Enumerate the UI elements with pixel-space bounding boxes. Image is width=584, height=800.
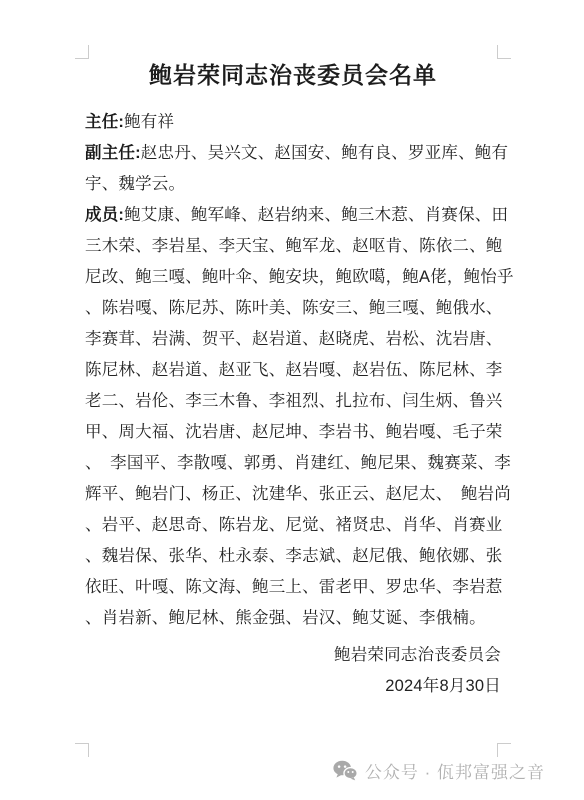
document-content: 鲍岩荣同志治丧委员会名单 主任:鲍有祥 副主任:赵忠丹、吴兴文、赵国安、鲍有良、…	[85, 60, 501, 702]
director-value: 鲍有祥	[124, 113, 174, 131]
deputy-line: 宇、魏学云。	[85, 169, 501, 200]
member-line: 、岩平、赵思奇、陈岩龙、尼觉、褚贤忠、肖华、肖赛业	[85, 510, 501, 541]
signature-committee: 鲍岩荣同志治丧委员会	[85, 640, 501, 671]
member-line: 陈尼林、赵岩道、赵亚飞、赵岩嘎、赵岩伍、陈尼林、李	[85, 355, 501, 386]
member-line: 、魏岩保、张华、杜永泰、李志斌、赵尼俄、鲍依娜、张	[85, 541, 501, 572]
member-line: 、 李国平、李散嘎、郭勇、肖建红、鲍尼果、魏赛菜、李	[85, 448, 501, 479]
crop-mark-top-right	[497, 45, 511, 59]
member-line: 、陈岩嘎、陈尼苏、陈叶美、陈安三、鲍三嘎、鲍俄水、	[85, 293, 501, 324]
member-line: 辉平、鲍岩门、杨正、沈建华、张正云、赵尼太、 鲍岩尚	[85, 479, 501, 510]
member-line: 甲、周大福、沈岩唐、赵尼坤、李岩书、鲍岩嘎、毛子荣	[85, 417, 501, 448]
member-line: 成员:鲍艾康、鲍军峰、赵岩纳来、鲍三木惹、肖赛保、田	[85, 200, 501, 231]
member-line: 三木荣、李岩星、李天宝、鲍军龙、赵呕肯、陈依二、鲍	[85, 231, 501, 262]
crop-mark-top-left	[75, 45, 89, 59]
member-line: 依旺、叶嘎、陈文海、鲍三上、雷老甲、罗忠华、李岩惹	[85, 572, 501, 603]
director-line: 主任:鲍有祥	[85, 107, 501, 138]
deputy-paragraph: 副主任:赵忠丹、吴兴文、赵国安、鲍有良、罗亚库、鲍有 宇、魏学云。	[85, 138, 501, 200]
member-line: 老二、岩伦、李三木鲁、李祖烈、扎拉布、闫生炳、鲁兴	[85, 386, 501, 417]
deputy-line: 副主任:赵忠丹、吴兴文、赵国安、鲍有良、罗亚库、鲍有	[85, 138, 501, 169]
member-line: 尼改、鲍三嘎、鲍叶伞、鲍安块，鲍欧噶，鲍A佬，鲍怡乎	[85, 262, 501, 293]
document-page: 鲍岩荣同志治丧委员会名单 主任:鲍有祥 副主任:赵忠丹、吴兴文、赵国安、鲍有良、…	[0, 0, 584, 800]
deputy-label: 副主任:	[85, 144, 141, 162]
wechat-icon	[333, 760, 358, 781]
director-label: 主任:	[85, 113, 124, 131]
members-paragraph: 成员:鲍艾康、鲍军峰、赵岩纳来、鲍三木惹、肖赛保、田 三木荣、李岩星、李天宝、鲍…	[85, 200, 501, 634]
member-line: 李赛茸、岩满、贺平、赵岩道、赵晓虎、岩松、沈岩唐、	[85, 324, 501, 355]
watermark-text: 公众号 · 佤邦富强之音	[365, 758, 545, 783]
page-title: 鲍岩荣同志治丧委员会名单	[85, 60, 501, 90]
deputy-names: 赵忠丹、吴兴文、赵国安、鲍有良、罗亚库、鲍有	[141, 144, 508, 162]
signature-date: 2024年8月30日	[85, 671, 501, 702]
signature-block: 鲍岩荣同志治丧委员会 2024年8月30日	[85, 640, 501, 702]
crop-mark-bottom-left	[75, 743, 89, 757]
crop-mark-bottom-right	[497, 743, 511, 757]
member-names: 鲍艾康、鲍军峰、赵岩纳来、鲍三木惹、肖赛保、田	[124, 206, 508, 224]
members-label: 成员:	[85, 206, 124, 224]
member-line: 、肖岩新、鲍尼林、熊金强、岩汉、鲍艾诞、李俄楠。	[85, 603, 501, 634]
watermark: 公众号 · 佤邦富强之音	[333, 758, 545, 783]
